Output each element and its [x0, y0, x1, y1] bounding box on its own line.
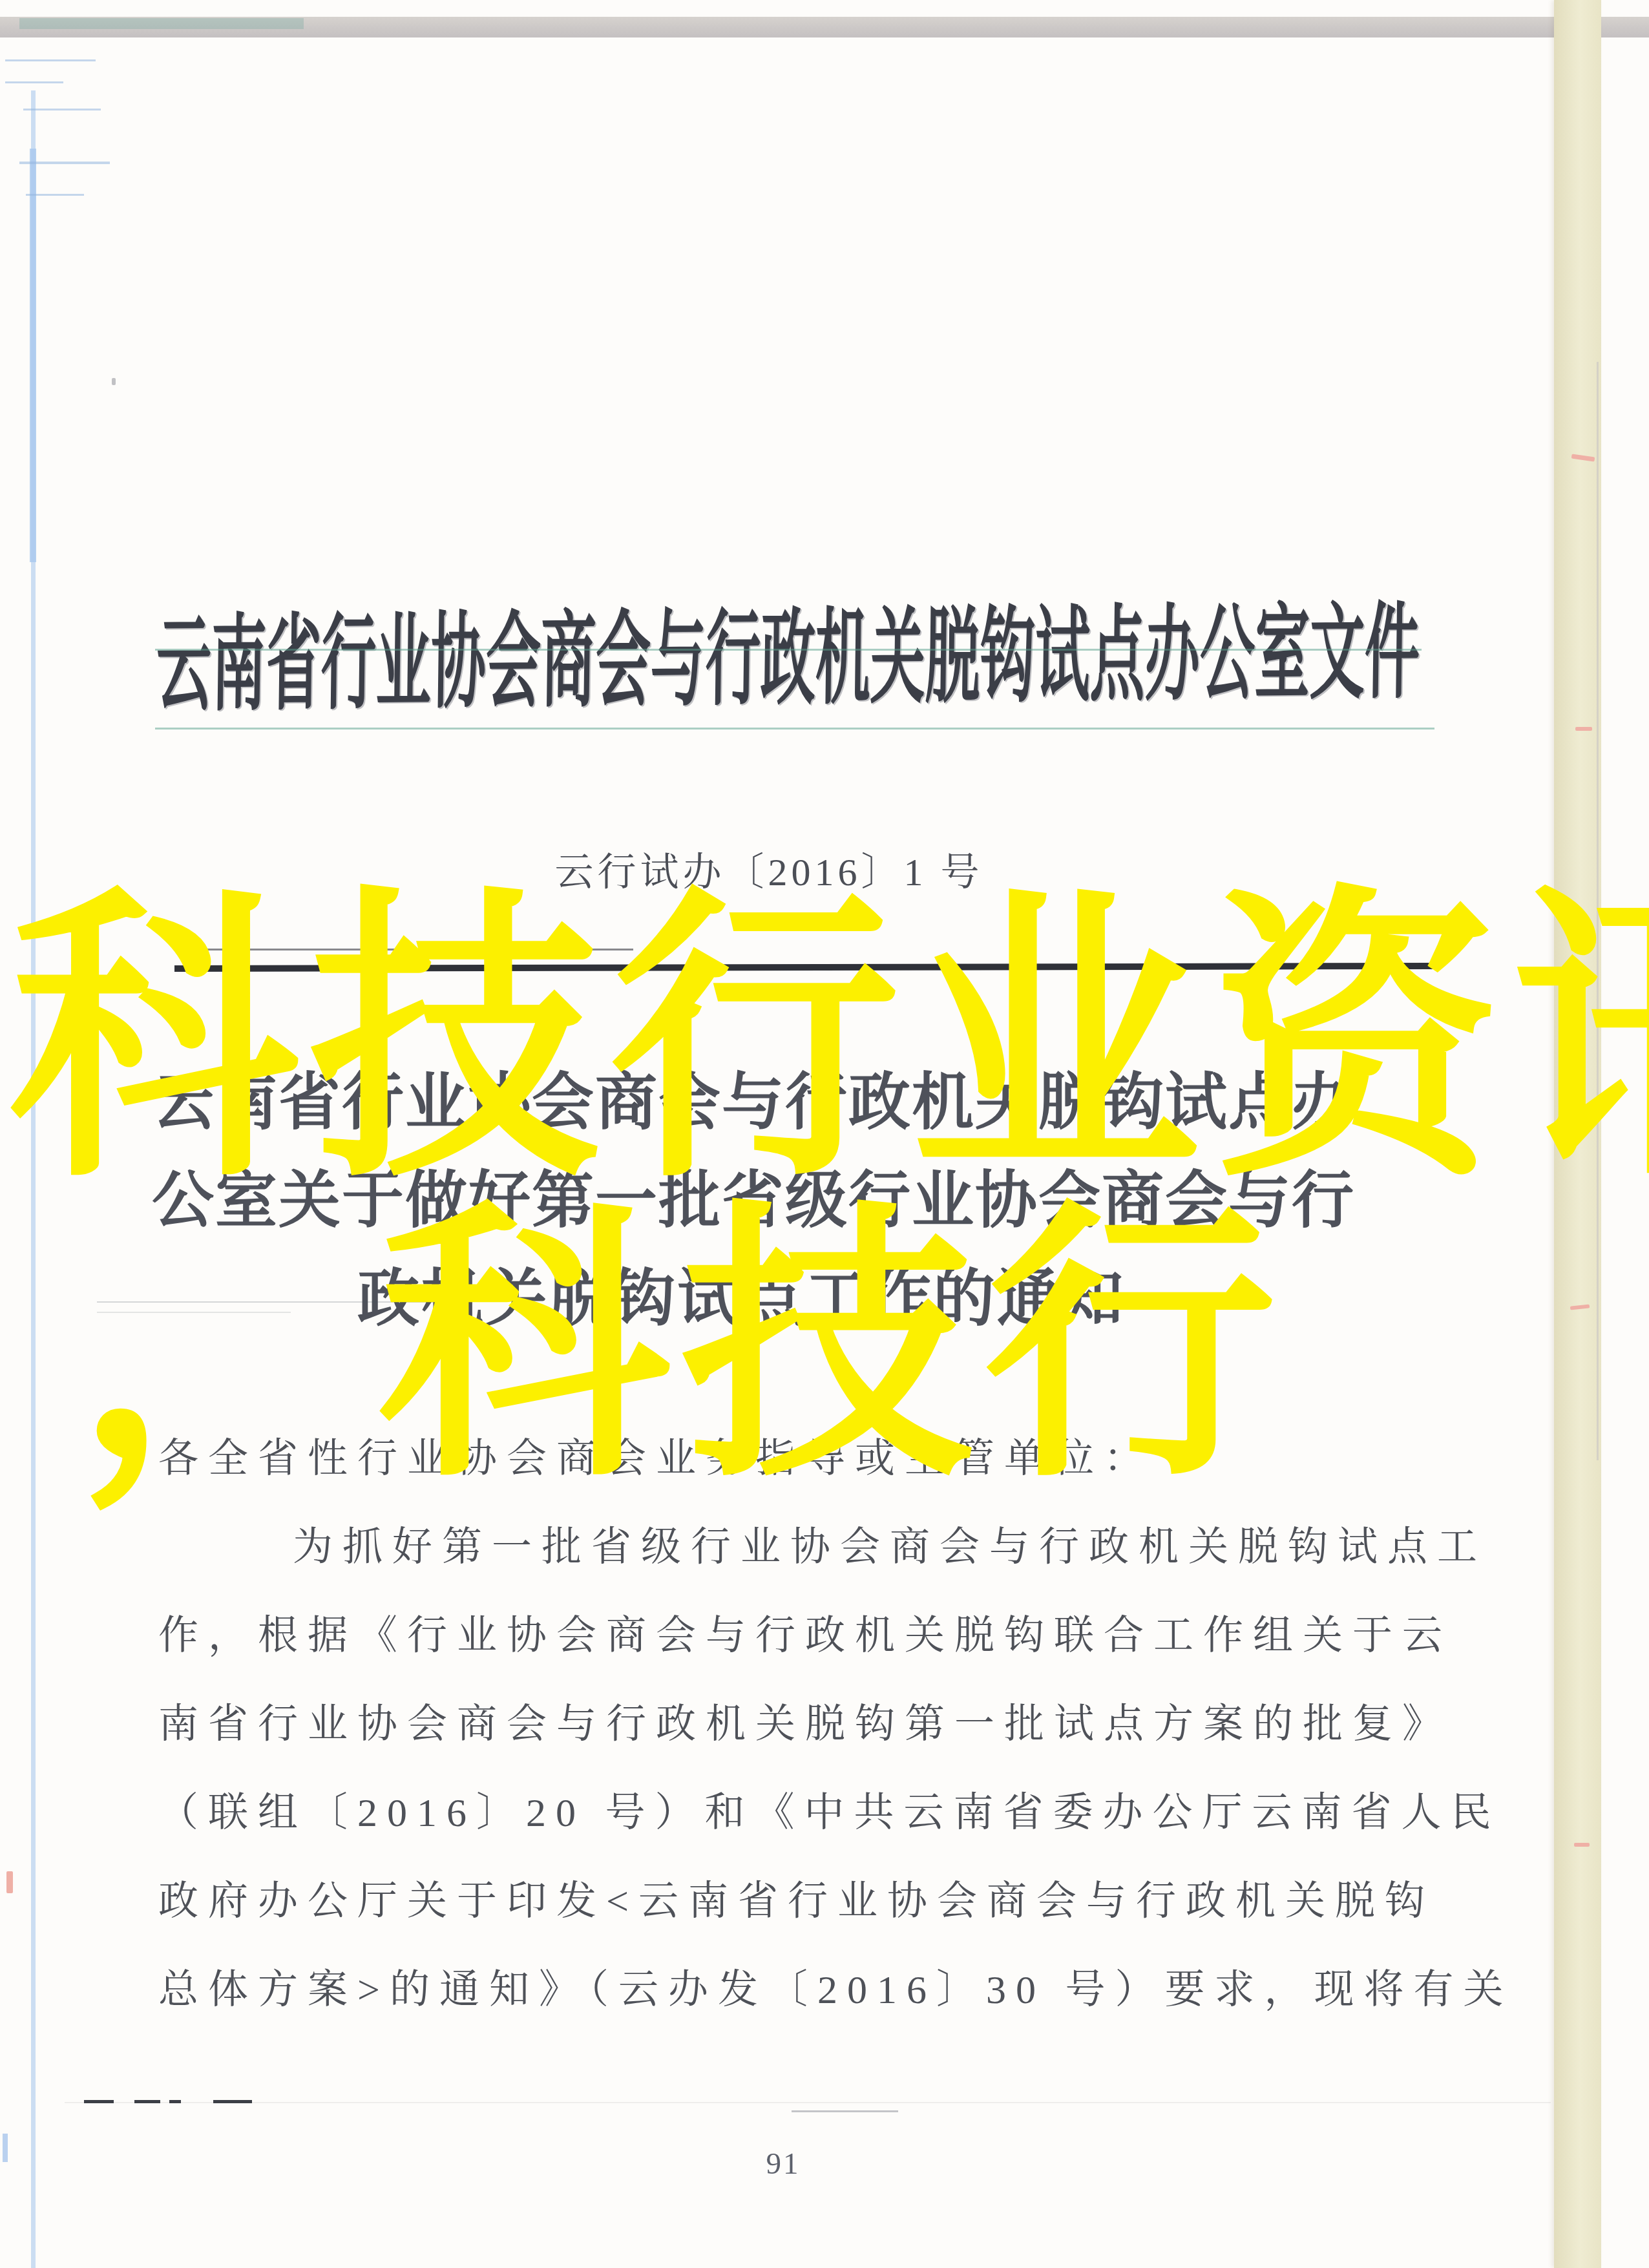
scan-noise-streak	[5, 59, 96, 61]
scan-teal-line	[155, 728, 1434, 730]
scan-pink-speck	[1575, 727, 1592, 731]
scan-noise-dash	[169, 2100, 181, 2103]
watermark-line-1: 科技行业资讯	[9, 887, 1649, 1193]
scan-top-edge-tint	[19, 18, 304, 29]
body-line: 政府办公厅关于印发<云南省行业协会商会与行政机关脱钩	[158, 1858, 1515, 1946]
scan-noise-dash	[3, 2134, 8, 2162]
scan-left-edge-line-dark-segment	[30, 149, 36, 562]
scan-noise-streak	[792, 2110, 898, 2112]
scanned-document-page: 云南省行业协会商会与行政机关脱钩试点办公室文件 云行试办〔2016〕1 号 云南…	[0, 0, 1649, 2268]
scan-noise-streak	[23, 109, 101, 110]
scan-noise-dash	[134, 2100, 160, 2103]
scan-speck	[112, 378, 116, 385]
body-line: 南省行业协会商会与行政机关脱钩第一批试点方案的批复》	[158, 1681, 1515, 1769]
scan-teal-line	[155, 649, 1422, 651]
scan-noise-line	[65, 2102, 1551, 2103]
watermark-line-2: ，科技行	[75, 1201, 1287, 1493]
scan-noise-dash	[213, 2100, 252, 2103]
body-line: 为抓好第一批省级行业协会商会与行政机关脱钩试点工	[158, 1504, 1515, 1592]
page-number: 91	[719, 2147, 848, 2181]
scan-noise-streak	[5, 81, 63, 83]
scan-pink-speck	[6, 1871, 13, 1893]
scan-noise-streak	[19, 162, 110, 164]
scan-pink-speck	[1574, 1843, 1590, 1847]
document-header-title: 云南省行业协会商会与行政机关脱钩试点办公室文件	[156, 602, 1449, 719]
scan-noise-streak	[26, 194, 84, 196]
body-line: （联组〔2016〕20 号）和《中共云南省委办公厅云南省人民	[158, 1769, 1515, 1858]
scan-noise-dash	[84, 2100, 114, 2103]
body-line: 总体方案>的通知》（云办发〔2016〕30 号）要求，现将有关	[158, 1946, 1515, 2035]
body-line: 作，根据《行业协会商会与行政机关脱钩联合工作组关于云	[158, 1592, 1515, 1681]
